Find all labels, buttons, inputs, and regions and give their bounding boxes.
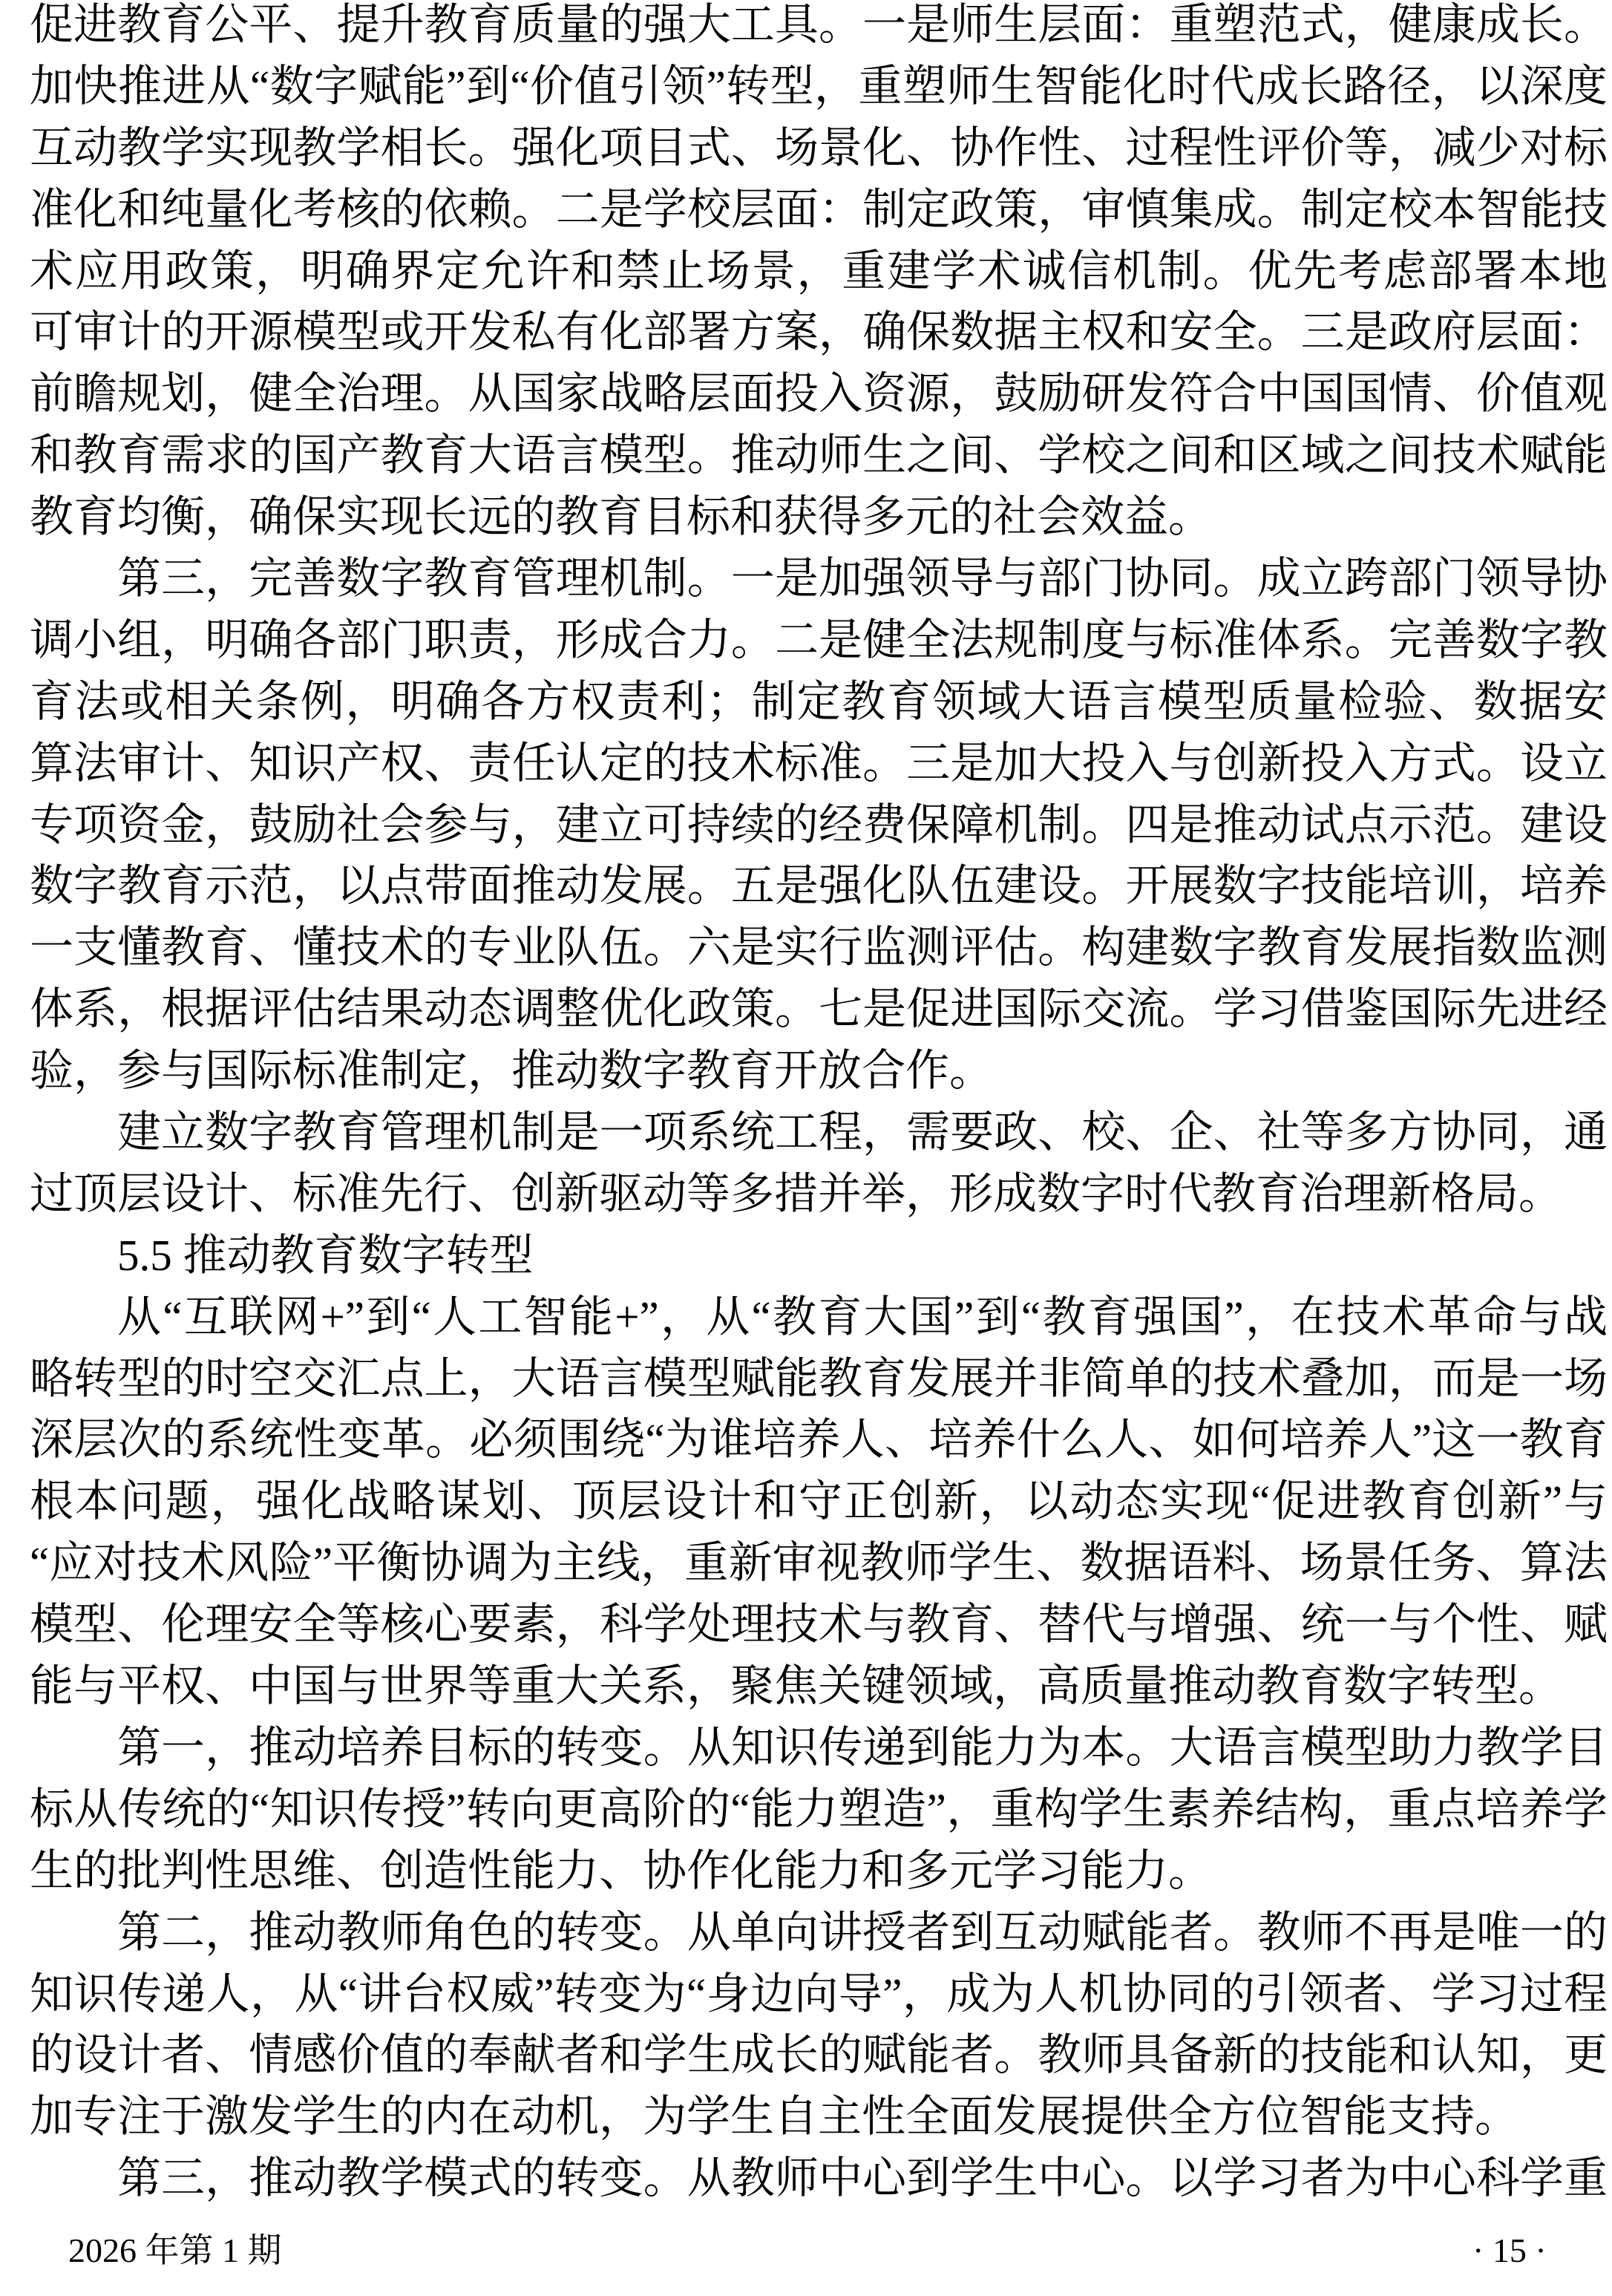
text-line: 教育均衡，确保实现长远的教育目标和获得多元的社会效益。 xyxy=(30,486,1608,548)
text-line: 互动教学实现教学相长。强化项目式、场景化、协作性、过程性评价等，减少对标 xyxy=(30,117,1608,179)
text-line: 略转型的时空交汇点上，大语言模型赋能教育发展并非简单的技术叠加，而是一场 xyxy=(30,1348,1608,1410)
text-line: 第三，完善数字教育管理机制。一是加强领导与部门协同。成立跨部门领导协 xyxy=(30,548,1608,609)
text-line: 知识传递人，从“讲台权威”转变为“身边向导”，成为人机协同的引领者、学习过程 xyxy=(30,1963,1608,2025)
text-line: 专项资金，鼓励社会参与，建立可持续的经费保障机制。四是推动试点示范。建设 xyxy=(30,794,1608,856)
text-line: 一支懂教育、懂技术的专业队伍。六是实行监测评估。构建数字教育发展指数监测 xyxy=(30,917,1608,978)
text-line: 第三，推动教学模式的转变。从教师中心到学生中心。以学习者为中心科学重 xyxy=(30,2148,1608,2209)
text-line: 深层次的系统性变革。必须围绕“为谁培养人、培养什么人、如何培养人”这一教育 xyxy=(30,1409,1608,1471)
text-line: 数字教育示范，以点带面推动发展。五是强化队伍建设。开展数字技能培训，培养 xyxy=(30,855,1608,917)
text-line: 过顶层设计、标准先行、创新驱动等多措并举，形成数字时代教育治理新格局。 xyxy=(30,1163,1608,1225)
text-line: 模型、伦理安全等核心要素，科学处理技术与教育、替代与增强、统一与个性、赋 xyxy=(30,1594,1608,1655)
text-line: 可审计的开源模型或开发私有化部署方案，确保数据主权和安全。三是政府层面： xyxy=(30,301,1608,363)
text-line: 算法审计、知识产权、责任认定的技术标准。三是加大投入与创新投入方式。设立 xyxy=(30,733,1608,794)
text-line: 促进教育公平、提升教育质量的强大工具。一是师生层面：重塑范式，健康成长。 xyxy=(30,0,1608,56)
text-line: 术应用政策，明确界定允许和禁止场景，重建学术诚信机制。优先考虑部署本地化、 xyxy=(30,241,1608,302)
text-line: 建立数字教育管理机制是一项系统工程，需要政、校、企、社等多方协同，通 xyxy=(30,1102,1608,1163)
text-line: 验，参与国际标准制定，推动数字教育开放合作。 xyxy=(30,1040,1608,1102)
text-line: 育法或相关条例，明确各方权责利；制定教育领域大语言模型质量检验、数据安全、 xyxy=(30,671,1608,733)
text-line: 调小组，明确各部门职责，形成合力。二是健全法规制度与标准体系。完善数字教 xyxy=(30,609,1608,671)
issue-label: 2026 年第 1 期 xyxy=(68,2228,282,2273)
section-heading: 5.5 推动教育数字转型 xyxy=(30,1225,1608,1286)
text-line: 第二，推动教师角色的转变。从单向讲授者到互动赋能者。教师不再是唯一的 xyxy=(30,1902,1608,1963)
text-line: 的设计者、情感价值的奉献者和学生成长的赋能者。教师具备新的技能和认知，更 xyxy=(30,2024,1608,2086)
text-line: 体系，根据评估结果动态调整优化政策。七是促进国际交流。学习借鉴国际先进经 xyxy=(30,978,1608,1040)
article-body: 促进教育公平、提升教育质量的强大工具。一是师生层面：重塑范式，健康成长。加快推进… xyxy=(30,0,1608,2209)
page-number: · 15 · xyxy=(1472,2228,1547,2273)
text-line: 加快推进从“数字赋能”到“价值引领”转型，重塑师生智能化时代成长路径，以深度 xyxy=(30,56,1608,117)
text-line: 准化和纯量化考核的依赖。二是学校层面：制定政策，审慎集成。制定校本智能技 xyxy=(30,179,1608,241)
text-line: 前瞻规划，健全治理。从国家战略层面投入资源，鼓励研发符合中国国情、价值观 xyxy=(30,363,1608,425)
text-line: 加专注于激发学生的内在动机，为学生自主性全面发展提供全方位智能支持。 xyxy=(30,2086,1608,2148)
document-page: 促进教育公平、提升教育质量的强大工具。一是师生层面：重塑范式，健康成长。加快推进… xyxy=(0,0,1612,2296)
text-line: 根本问题，强化战略谋划、顶层设计和守正创新，以动态实现“促进教育创新”与 xyxy=(30,1471,1608,1532)
text-line: 标从传统的“知识传授”转向更高阶的“能力塑造”，重构学生素养结构，重点培养学 xyxy=(30,1779,1608,1840)
text-line: 第一，推动培养目标的转变。从知识传递到能力为本。大语言模型助力教学目 xyxy=(30,1717,1608,1779)
text-line: 生的批判性思维、创造性能力、协作化能力和多元学习能力。 xyxy=(30,1840,1608,1902)
text-line: “应对技术风险”平衡协调为主线，重新审视教师学生、数据语料、场景任务、算法 xyxy=(30,1532,1608,1594)
text-line: 能与平权、中国与世界等重大关系，聚焦关键领域，高质量推动教育数字转型。 xyxy=(30,1655,1608,1717)
text-line: 从“互联网+”到“人工智能+”，从“教育大国”到“教育强国”，在技术革命与战 xyxy=(30,1286,1608,1348)
text-line: 和教育需求的国产教育大语言模型。推动师生之间、学校之间和区域之间技术赋能 xyxy=(30,425,1608,486)
